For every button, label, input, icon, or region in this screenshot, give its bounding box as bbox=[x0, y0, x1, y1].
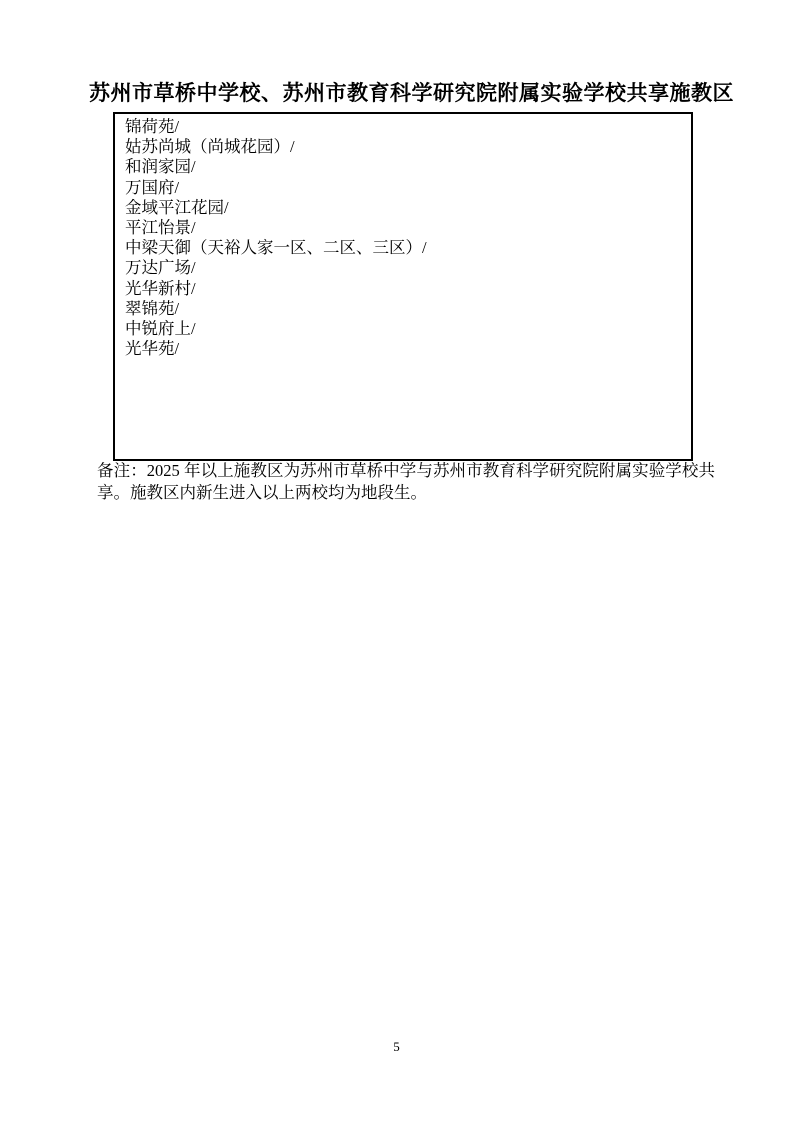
district-list-box: 锦荷苑/ 姑苏尚城（尚城花园）/ 和润家园/ 万国府/ 金域平江花园/ 平江怡景… bbox=[113, 112, 693, 461]
district-list-item: 金域平江花园/ bbox=[125, 198, 691, 218]
district-list-item: 光华新村/ bbox=[125, 279, 691, 299]
document-page: 苏州市草桥中学校、苏州市教育科学研究院附属实验学校共享施教区 锦荷苑/ 姑苏尚城… bbox=[0, 0, 793, 1122]
note-text: 备注：2025 年以上施教区为苏州市草桥中学与苏州市教育科学研究院附属实验学校共… bbox=[97, 460, 715, 503]
district-list-item: 平江怡景/ bbox=[125, 218, 691, 238]
district-list-item: 锦荷苑/ bbox=[125, 117, 691, 137]
district-list-item: 光华苑/ bbox=[125, 339, 691, 359]
district-list-item: 万达广场/ bbox=[125, 258, 691, 278]
district-list-item: 中锐府上/ bbox=[125, 319, 691, 339]
district-list-item: 姑苏尚城（尚城花园）/ bbox=[125, 137, 691, 157]
district-list-item: 万国府/ bbox=[125, 178, 691, 198]
page-number: 5 bbox=[0, 1039, 793, 1055]
district-list-item: 和润家园/ bbox=[125, 157, 691, 177]
district-list-item: 翠锦苑/ bbox=[125, 299, 691, 319]
district-list-item: 中梁天御（天裕人家一区、二区、三区）/ bbox=[125, 238, 691, 258]
page-title: 苏州市草桥中学校、苏州市教育科学研究院附属实验学校共享施教区 bbox=[0, 81, 793, 107]
